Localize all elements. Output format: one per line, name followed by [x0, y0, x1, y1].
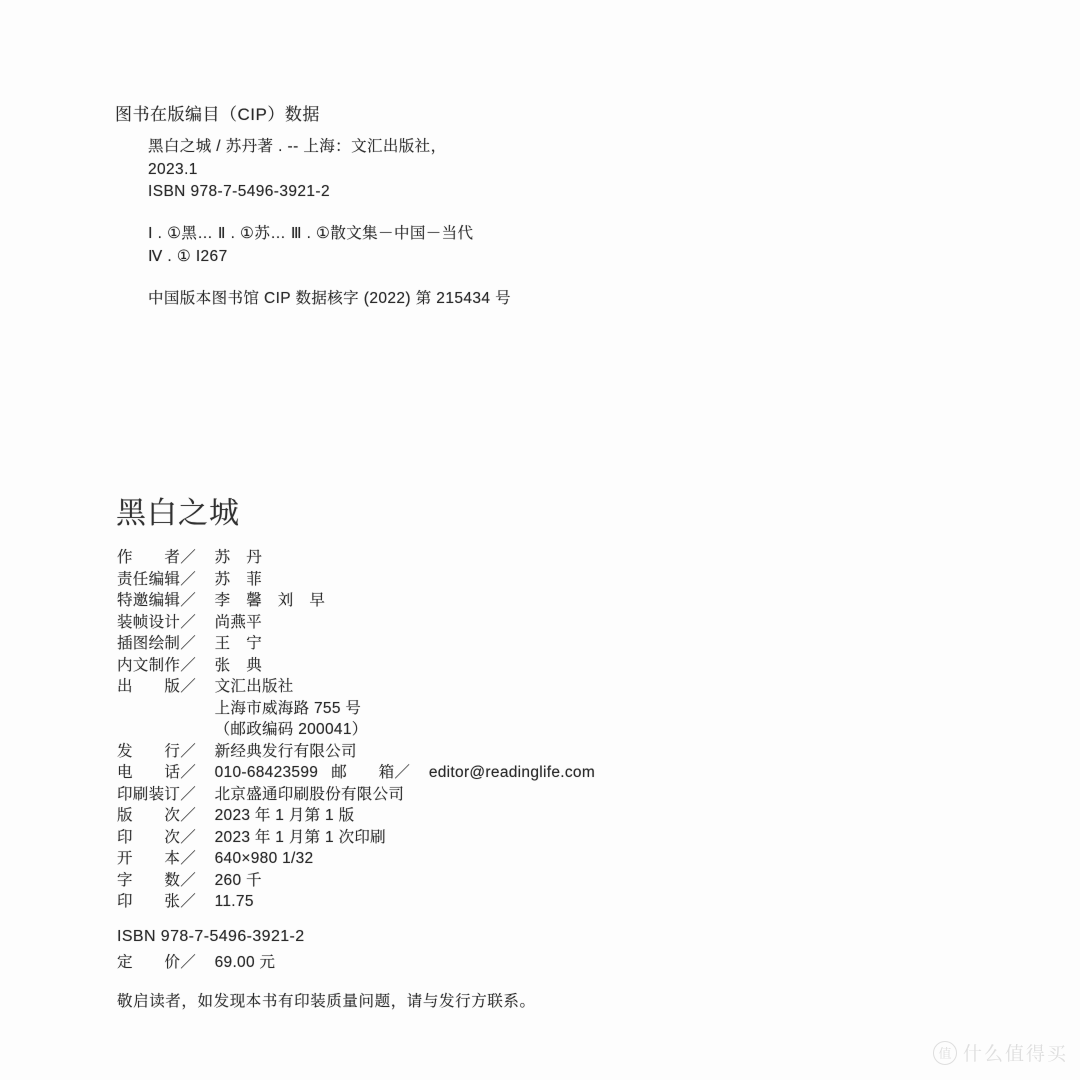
credit-value: 2023 年 1 月第 1 版 [215, 805, 355, 827]
price-row: 定 价／ 69.00 元 [117, 950, 275, 972]
credit-label: 插图绘制／ [117, 633, 210, 655]
credit-row-author: 作 者／ 苏 丹 [117, 547, 595, 569]
credit-row-editor: 责任编辑／ 苏 菲 [117, 569, 595, 591]
credit-label: 作 者／ [117, 547, 210, 569]
credit-value: 11.75 [215, 891, 254, 913]
credit-value: 李 馨 刘 早 [215, 590, 326, 612]
credit-row-wordcount: 字 数／ 260 千 [117, 870, 595, 892]
credit-value-publisher: 文汇出版社 [215, 676, 294, 698]
credit-row-design: 装帧设计／ 尚燕平 [117, 612, 595, 634]
credit-value: 北京盛通印刷股份有限公司 [215, 784, 405, 806]
price-value: 69.00 元 [215, 954, 276, 971]
credit-label: 印刷装订／ [117, 784, 210, 806]
credits-list: 作 者／ 苏 丹 责任编辑／ 苏 菲 特邀编辑／ 李 馨 刘 早 装帧设计／ 尚… [117, 547, 595, 913]
credit-row-postcode: （邮政编码 200041） [117, 719, 595, 741]
credit-label: 印 张／ [117, 891, 210, 913]
credit-value: 王 宁 [215, 633, 262, 655]
smzdm-watermark-text: 什么值得买 [963, 1039, 1068, 1066]
credit-value: 尚燕平 [215, 612, 262, 634]
credit-row-format: 开 本／ 640×980 1/32 [117, 848, 595, 870]
smzdm-watermark: 值 什么值得买 [933, 1039, 1068, 1066]
credit-row-typesetting: 内文制作／ 张 典 [117, 655, 595, 677]
cip-body: 黑白之城 / 苏丹著 . -- 上海：文汇出版社， 2023.1 ISBN 97… [148, 136, 446, 204]
credit-row-publisher: 出 版／ 文汇出版社 [117, 676, 595, 698]
credit-row-illustration: 插图绘制／ 王 宁 [117, 633, 595, 655]
credit-value: 新经典发行有限公司 [215, 741, 357, 763]
credit-value-phone: 010-68423599 [215, 762, 327, 784]
credit-row-phone-email: 电 话／ 010-68423599 邮 箱／ editor@readinglif… [117, 762, 595, 784]
price-label: 定 价／ [117, 950, 210, 972]
cip-header: 图书在版编目（CIP）数据 [115, 100, 320, 125]
cip-class-line: Ⅳ . ① I267 [148, 245, 473, 268]
cip-class-line: Ⅰ . ①黑… Ⅱ . ①苏… Ⅲ . ①散文集－中国－当代 [148, 222, 473, 245]
credit-label: 印 次／ [117, 827, 210, 849]
credit-value: 苏 菲 [215, 569, 262, 591]
cip-classification: Ⅰ . ①黑… Ⅱ . ①苏… Ⅲ . ①散文集－中国－当代 Ⅳ . ① I26… [148, 222, 473, 268]
cip-line: 2023.1 [148, 159, 446, 182]
credit-value: 2023 年 1 月第 1 次印刷 [215, 827, 386, 849]
credit-label: 装帧设计／ [117, 612, 210, 634]
credit-label: 内文制作／ [117, 655, 210, 677]
credit-label: 版 次／ [117, 805, 210, 827]
credit-value: 张 典 [215, 655, 262, 677]
isbn-line: ISBN 978-7-5496-3921-2 [117, 928, 305, 946]
credit-value: 260 千 [215, 870, 262, 892]
credit-label: 开 本／ [117, 848, 210, 870]
credit-label: 责任编辑／ [117, 569, 210, 591]
credit-row-distribution: 发 行／ 新经典发行有限公司 [117, 741, 595, 763]
credit-label: 发 行／ [117, 741, 210, 763]
credit-label: 字 数／ [117, 870, 210, 892]
credit-row-printing: 印刷装订／ 北京盛通印刷股份有限公司 [117, 784, 595, 806]
credit-row-impression: 印 次／ 2023 年 1 月第 1 次印刷 [117, 827, 595, 849]
credit-label: 特邀编辑／ [117, 590, 210, 612]
colophon-page: 图书在版编目（CIP）数据 黑白之城 / 苏丹著 . -- 上海：文汇出版社， … [0, 0, 1080, 1080]
credit-label-phone: 电 话／ [117, 762, 210, 784]
credit-label-email: 邮 箱／ [331, 762, 424, 784]
credit-row-sheets: 印 张／ 11.75 [117, 891, 595, 913]
credit-row-edition: 版 次／ 2023 年 1 月第 1 版 [117, 805, 595, 827]
cip-line: ISBN 978-7-5496-3921-2 [148, 181, 446, 204]
reader-notice: 敬启读者，如发现本书有印装质量问题，请与发行方联系。 [117, 989, 536, 1011]
credit-row-address: 上海市威海路 755 号 [117, 698, 595, 720]
credit-value-email: editor@readinglife.com [429, 762, 595, 784]
credit-value-postcode: （邮政编码 200041） [215, 719, 368, 741]
book-title: 黑白之城 [116, 488, 240, 532]
cip-line: 黑白之城 / 苏丹著 . -- 上海：文汇出版社， [148, 136, 446, 159]
credit-value-address: 上海市威海路 755 号 [215, 698, 362, 720]
credit-value: 640×980 1/32 [215, 848, 314, 870]
cip-record: 中国版本图书馆 CIP 数据核字 (2022) 第 215434 号 [148, 286, 511, 308]
credit-row-guest-editor: 特邀编辑／ 李 馨 刘 早 [117, 590, 595, 612]
credit-label: 出 版／ [117, 676, 210, 698]
credit-value: 苏 丹 [215, 547, 262, 569]
smzdm-logo-icon: 值 [933, 1041, 957, 1065]
